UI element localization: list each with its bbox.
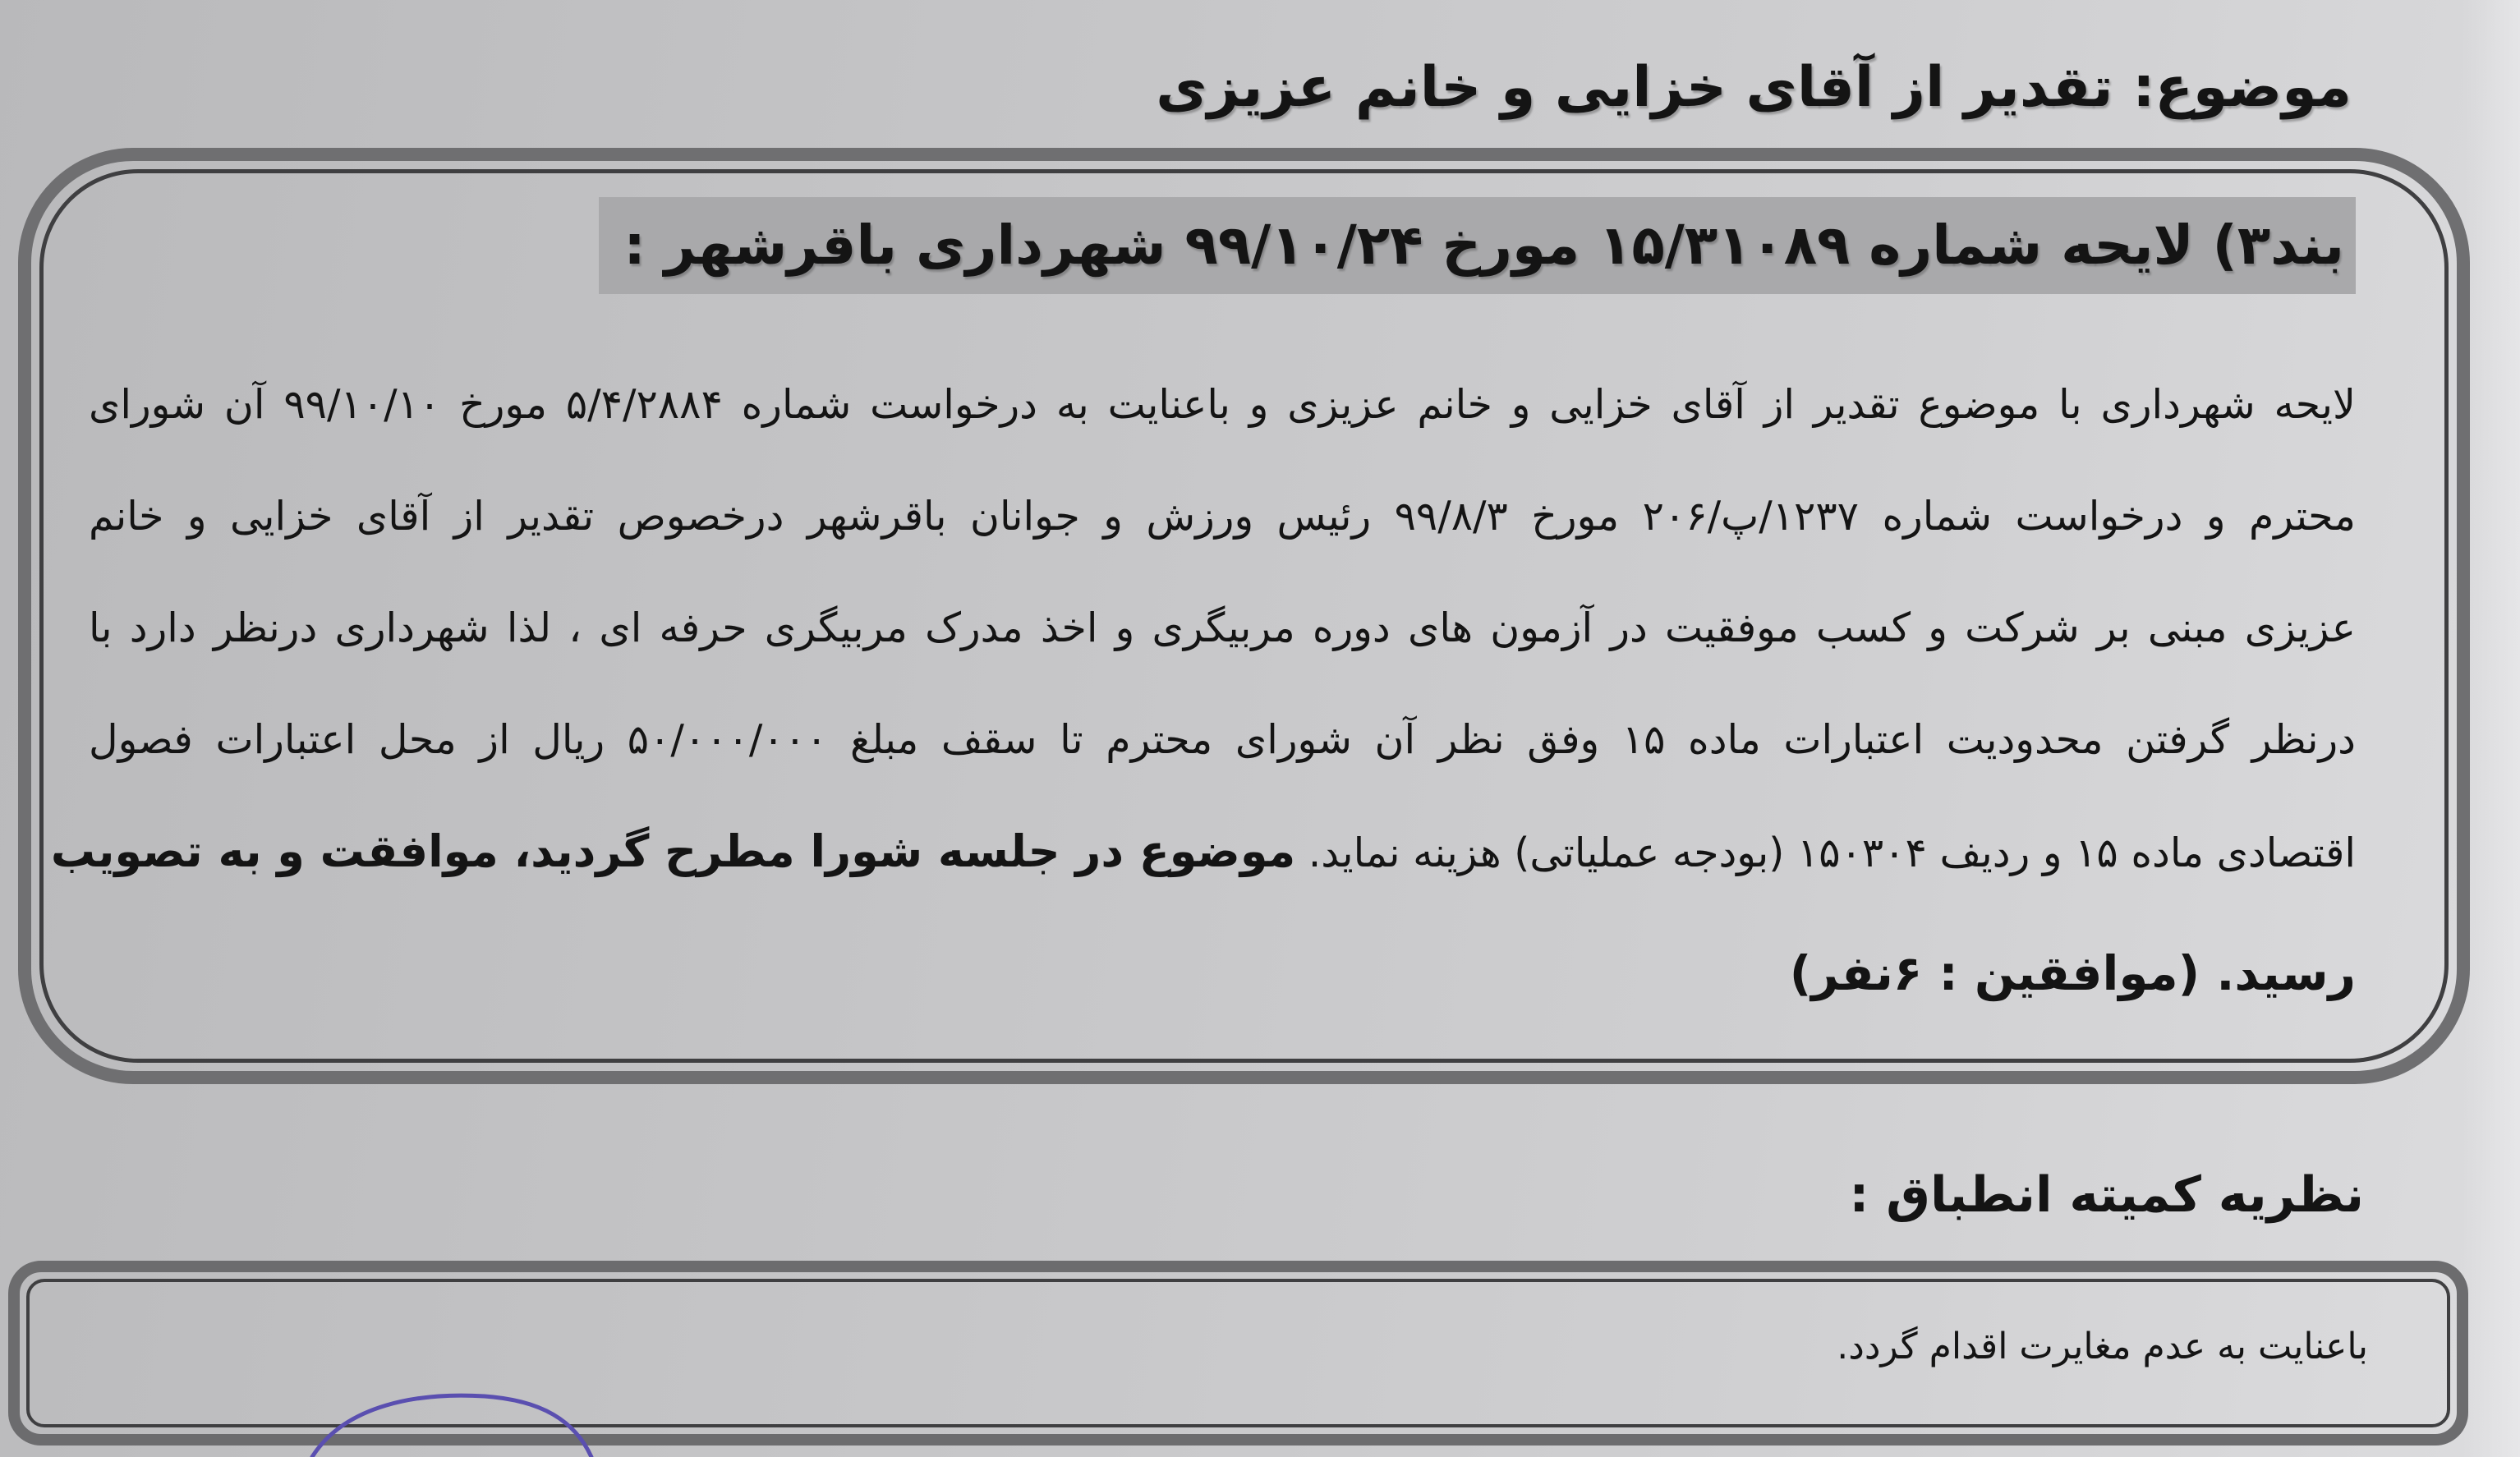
committee-opinion: باعنایت به عدم مغایرت اقدام گردد. [1837, 1306, 2368, 1388]
document-subject: موضوع: تقدیر از آقای خزایی و خانم عزیزی [1156, 43, 2352, 133]
page-edge [2463, 0, 2520, 1457]
clause-title: بند۳) لایحه شماره ۱۵/۳۱۰۸۹ مورخ ۹۹/۱۰/۲۴… [599, 197, 2356, 294]
body-line-5-regular: اقتصادی ماده ۱۵ و ردیف ۱۵۰۳۰۴ (بودجه عمل… [1295, 830, 2356, 876]
council-decision-text: موضوع در جلسه شورا مطرح گردید، موافقت و … [51, 825, 1295, 877]
body-line-5: اقتصادی ماده ۱۵ و ردیف ۱۵۰۳۰۴ (بودجه عمل… [89, 796, 2356, 908]
body-line-3: عزیزی مبنی بر شرکت و کسب موفقیت در آزمون… [89, 572, 2356, 684]
body-line-2: محترم و درخواست شماره ۱۲۳۷/پ/۲۰۶ مورخ ۹۹… [89, 461, 2356, 572]
body-line-1: لایحه شهرداری با موضوع تقدیر از آقای خزا… [89, 349, 2356, 461]
signature-pen-mark [296, 1388, 624, 1457]
committee-title: نظریه کمیته انطباق : [1849, 1146, 2364, 1244]
body-line-4: درنظر گرفتن محدودیت اعتبارات ماده ۱۵ وفق… [89, 684, 2356, 796]
vote-result: رسید. (موافقین : ۶نفر) [1790, 924, 2356, 1023]
clause-body: لایحه شهرداری با موضوع تقدیر از آقای خزا… [89, 349, 2356, 908]
